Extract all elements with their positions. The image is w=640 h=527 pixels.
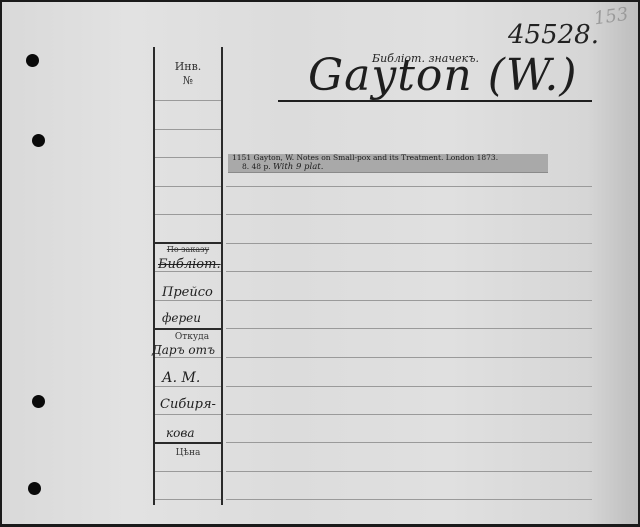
- order-label: По заказу: [155, 245, 221, 254]
- rule: [226, 243, 592, 244]
- rule: [226, 271, 592, 272]
- rule: [226, 357, 592, 358]
- rule: [155, 414, 221, 415]
- rule: [155, 300, 221, 301]
- section-divider: [155, 328, 221, 330]
- order-hand-line-2: Прейсо: [162, 285, 213, 300]
- punch-hole-4: [28, 482, 41, 495]
- entry-collation: 8. 48 p.: [242, 162, 271, 171]
- author-heading: Gayton (W.): [308, 50, 578, 101]
- order-hand-line-3: фереи: [162, 311, 201, 325]
- section-divider: [155, 242, 221, 244]
- left-column-border-right: [221, 47, 223, 505]
- rule: [226, 328, 592, 329]
- rule: [226, 386, 592, 387]
- source-hand-line-3: Сибиря-: [160, 397, 216, 412]
- number-sign: №: [155, 74, 221, 87]
- accession-number: 45528.: [508, 20, 599, 50]
- rule: [155, 129, 221, 130]
- price-label: Цѣна: [155, 448, 221, 458]
- rule: [155, 499, 221, 500]
- punch-hole-3: [32, 395, 45, 408]
- entry-handwritten-note: With 9 plat.: [273, 162, 323, 172]
- rule: [226, 499, 592, 500]
- inventory-label: Инв.: [155, 60, 221, 73]
- order-hand-line-1: Библіот.: [158, 257, 221, 272]
- rule: [155, 214, 221, 215]
- rule: [226, 442, 592, 443]
- left-column-border-left: [153, 47, 155, 505]
- entry-line-2: 8. 48 p. With 9 plat.: [232, 163, 548, 172]
- rule: [155, 157, 221, 158]
- rule: [155, 471, 221, 472]
- rule: [226, 214, 592, 215]
- source-hand-line-2: А. М.: [162, 370, 200, 386]
- rule: [226, 471, 592, 472]
- rule: [155, 100, 221, 101]
- rule: [155, 357, 221, 358]
- author-underline: [278, 100, 592, 102]
- rule: [226, 300, 592, 301]
- rule: [155, 186, 221, 187]
- section-divider: [155, 442, 221, 444]
- punch-hole-2: [32, 134, 45, 147]
- source-hand-line-4: кова: [166, 426, 195, 440]
- punch-hole-1: [26, 54, 39, 67]
- source-label: Откуда: [164, 332, 220, 342]
- rule: [226, 414, 592, 415]
- pasted-catalog-entry: 1151 Gayton, W. Notes on Small-pox and i…: [228, 154, 548, 173]
- rule: [226, 186, 592, 187]
- catalog-card: Инв. № По заказу Библіот. Прейсо фереи О…: [2, 2, 638, 524]
- source-hand-line-1: Даръ отъ: [152, 343, 215, 357]
- rule: [155, 386, 221, 387]
